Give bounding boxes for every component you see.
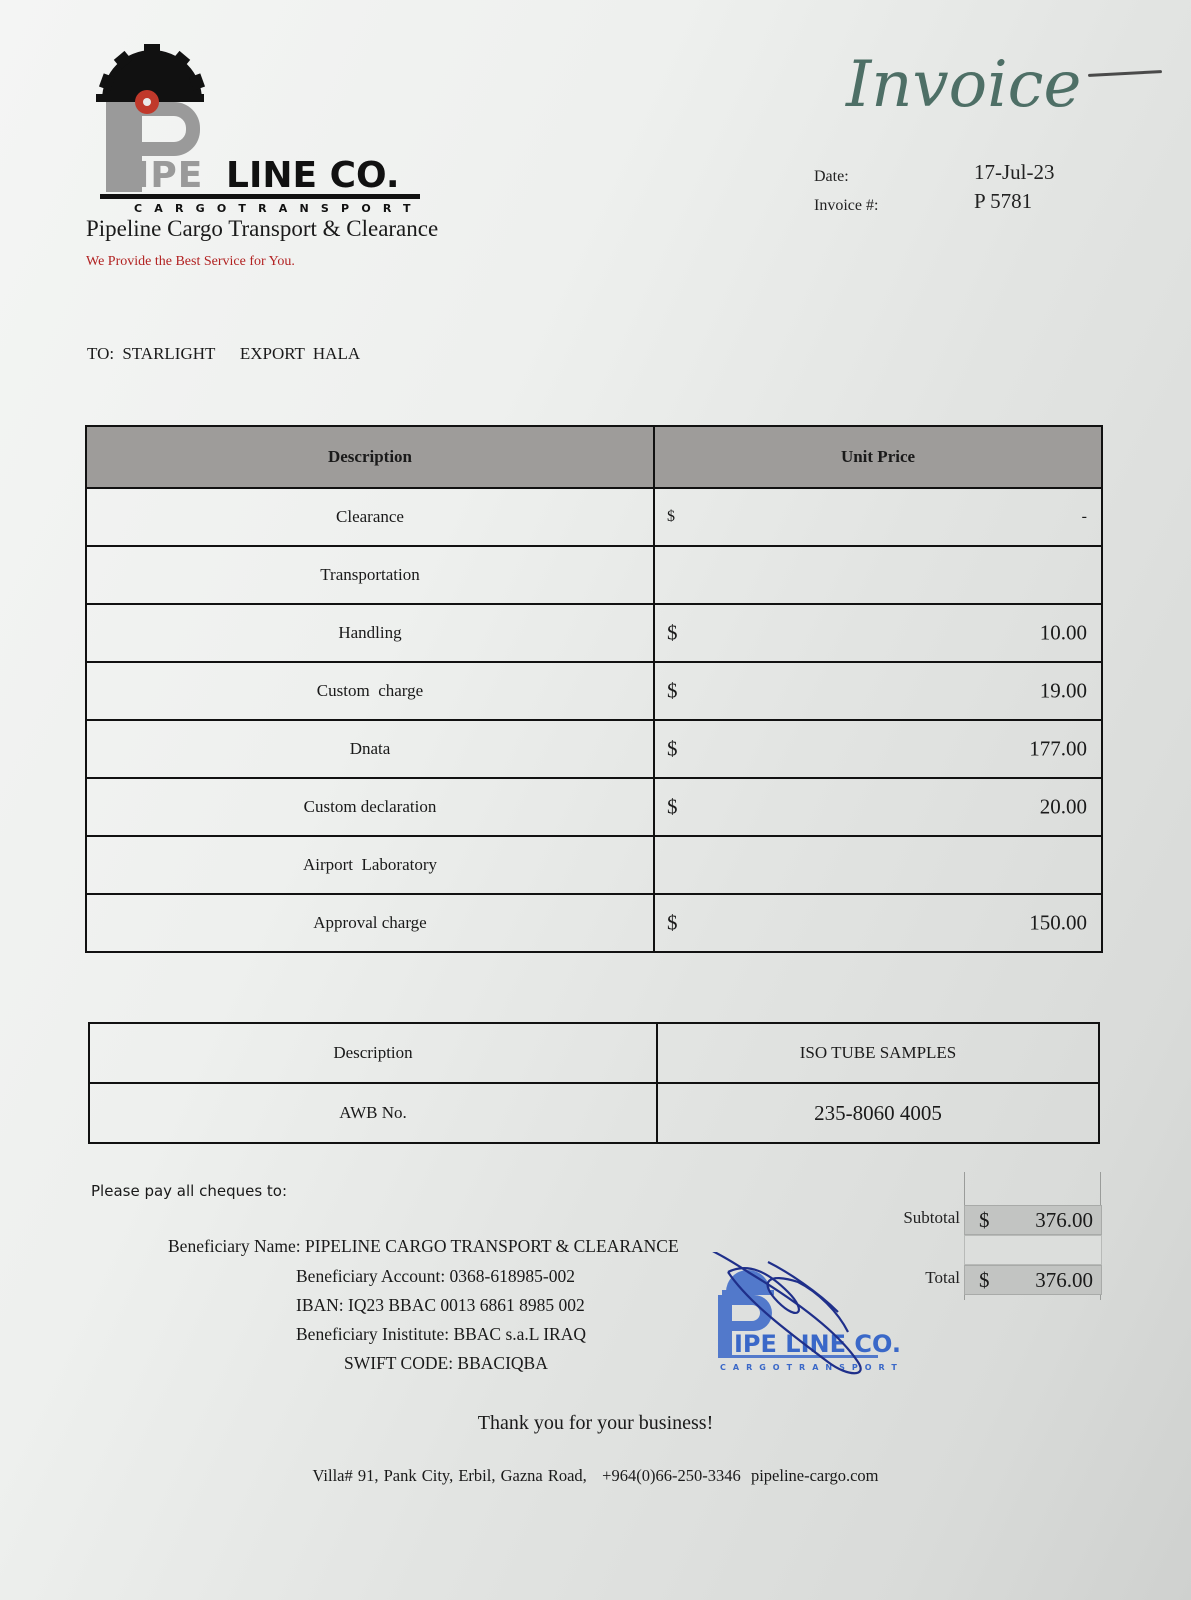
row-price: $20.00: [654, 778, 1102, 836]
subtotal-value: 376.00: [1035, 1208, 1093, 1233]
swift-code: SWIFT CODE: BBACIQBA: [344, 1353, 548, 1374]
row-price: $19.00: [654, 662, 1102, 720]
amount: 10.00: [1040, 621, 1087, 646]
recipient-name: STARLIGHT EXPORT HALA: [122, 344, 360, 363]
total-value: 376.00: [1035, 1268, 1093, 1293]
row-description: Airport Laboratory: [86, 836, 654, 894]
row-price: $10.00: [654, 604, 1102, 662]
shipment-description-label: Description: [89, 1023, 657, 1083]
logo-text-gray: IPE: [136, 158, 203, 194]
currency-symbol: $: [667, 508, 675, 526]
table-row: Dnata $177.00: [86, 720, 1102, 778]
amount: 19.00: [1040, 679, 1087, 704]
currency-symbol: $: [667, 795, 678, 820]
shipment-table: Description ISO TUBE SAMPLES AWB No. 235…: [88, 1022, 1100, 1144]
subtotal-label: Subtotal: [860, 1208, 960, 1228]
table-row: Description ISO TUBE SAMPLES: [89, 1023, 1099, 1083]
beneficiary-name: Beneficiary Name: PIPELINE CARGO TRANSPO…: [168, 1236, 679, 1257]
column-header-unit-price: Unit Price: [654, 426, 1102, 488]
shipment-description-value: ISO TUBE SAMPLES: [657, 1023, 1099, 1083]
charges-table: Description Unit Price Clearance $- Tran…: [85, 425, 1103, 953]
column-header-description: Description: [86, 426, 654, 488]
pen-mark: [1088, 70, 1162, 77]
company-tagline: We Provide the Best Service for You.: [86, 254, 295, 270]
currency-symbol: $: [667, 911, 678, 936]
currency-symbol: $: [667, 737, 678, 762]
row-description: Custom declaration: [86, 778, 654, 836]
recipient-line: TO: STARLIGHT EXPORT HALA: [87, 344, 360, 364]
row-price: $-: [654, 488, 1102, 546]
table-row: Clearance $-: [86, 488, 1102, 546]
beneficiary-account: Beneficiary Account: 0368-618985-002: [296, 1266, 575, 1287]
svg-text:CARGOTRANSPORT: CARGOTRANSPORT: [720, 1363, 904, 1372]
date-label: Date:: [814, 168, 849, 186]
invoice-number-value: P 5781: [974, 189, 1032, 214]
amount: 150.00: [1029, 911, 1087, 936]
currency-symbol: $: [979, 1268, 990, 1293]
row-description: Clearance: [86, 488, 654, 546]
row-description: Handling: [86, 604, 654, 662]
amount: 177.00: [1029, 737, 1087, 762]
amount: 20.00: [1040, 795, 1087, 820]
red-gear-icon: [135, 90, 159, 114]
row-price: [654, 836, 1102, 894]
footer-contact: Villa# 91, Pank City, Erbil, Gazna Road,…: [0, 1466, 1191, 1486]
company-name: Pipeline Cargo Transport & Clearance: [86, 216, 438, 242]
totals-spacer: [964, 1235, 1102, 1265]
row-description: Transportation: [86, 546, 654, 604]
currency-symbol: $: [667, 621, 678, 646]
row-price: [654, 546, 1102, 604]
company-stamp: IPE LINE CO. CARGOTRANSPORT: [708, 1252, 908, 1382]
table-row: Handling $10.00: [86, 604, 1102, 662]
date-value: 17-Jul-23: [974, 160, 1055, 185]
invoice-title: Invoice: [846, 48, 1081, 122]
row-price: $177.00: [654, 720, 1102, 778]
recipient-label: TO:: [87, 344, 114, 363]
iban: IBAN: IQ23 BBAC 0013 6861 8985 002: [296, 1295, 585, 1316]
logo-underline: [100, 194, 420, 199]
row-description: Dnata: [86, 720, 654, 778]
invoice-number-label: Invoice #:: [814, 197, 878, 215]
table-row: Custom declaration $20.00: [86, 778, 1102, 836]
amount: -: [1082, 508, 1087, 526]
thank-you-message: Thank you for your business!: [0, 1412, 1191, 1435]
row-description: Custom charge: [86, 662, 654, 720]
awb-label: AWB No.: [89, 1083, 657, 1143]
table-row: Approval charge $150.00: [86, 894, 1102, 952]
awb-value: 235-8060 4005: [657, 1083, 1099, 1143]
table-row: Transportation: [86, 546, 1102, 604]
subtotal-box: $ 376.00: [964, 1205, 1102, 1235]
currency-symbol: $: [667, 679, 678, 704]
payment-heading: Please pay all cheques to:: [91, 1182, 287, 1200]
beneficiary-institute: Beneficiary Inistitute: BBAC s.a.L IRAQ: [296, 1324, 586, 1345]
table-header-row: Description Unit Price: [86, 426, 1102, 488]
logo-subtitle: CARGOTRANSPORT: [134, 202, 423, 215]
currency-symbol: $: [979, 1208, 990, 1233]
table-row: Custom charge $19.00: [86, 662, 1102, 720]
row-description: Approval charge: [86, 894, 654, 952]
table-row: AWB No. 235-8060 4005: [89, 1083, 1099, 1143]
table-row: Airport Laboratory: [86, 836, 1102, 894]
logo-text-black: LINE CO.: [226, 158, 400, 194]
row-price: $150.00: [654, 894, 1102, 952]
total-box: $ 376.00: [964, 1265, 1102, 1295]
